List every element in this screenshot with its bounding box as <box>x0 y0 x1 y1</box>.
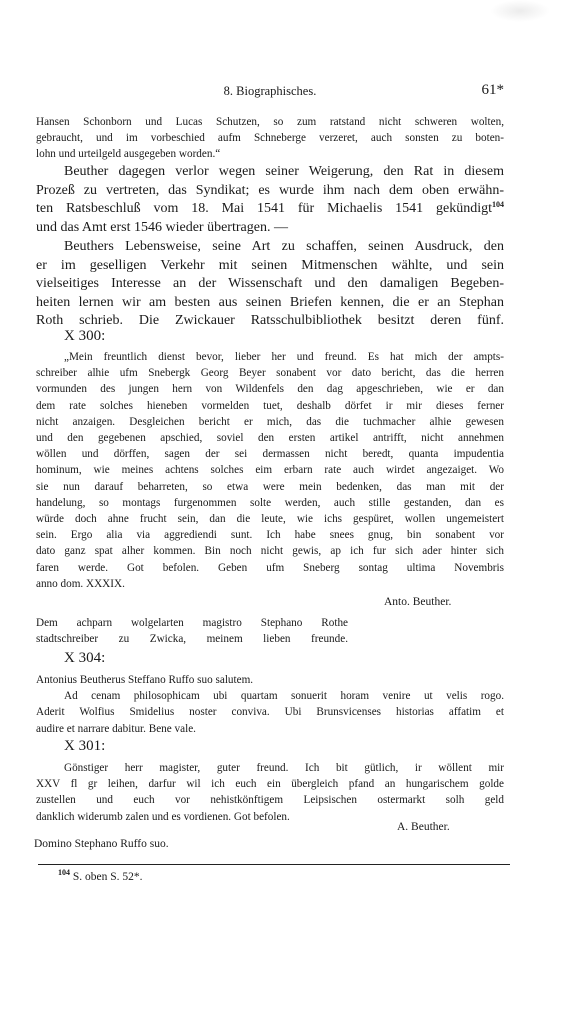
text-line: schreiber alhie ufm Snebergk Georg Beyer… <box>36 365 504 381</box>
text-line: handelung, so montags furgenommen solte … <box>36 495 504 511</box>
text-line: Gönstiger herr magister, guter freund. I… <box>36 760 504 776</box>
text-line: „Mein freuntlich dienst bevor, lieber he… <box>36 349 504 365</box>
text-line: vielseitiges Interesse an der Wissenscha… <box>36 275 504 294</box>
letter-x300-address: Dem achparn wolgelarten magistro Stephan… <box>36 615 348 647</box>
letter-x301-address: Domino Stephano Ruffo suo. <box>34 838 169 850</box>
letter-x304-body: Antonius Beutherus Steffano Ruffo suo sa… <box>36 672 504 737</box>
page-number: 61* <box>482 82 505 99</box>
running-head: 8. Biographisches. <box>36 84 504 99</box>
footnote: 104 S. oben S. 52*. <box>58 871 143 883</box>
text-line: stadtschreiber zu Zwicka, meinem lieben … <box>36 631 348 647</box>
text-line: würde doch ahne frucht sein, dan die leu… <box>36 511 504 527</box>
footnote-text: S. oben S. 52*. <box>73 871 143 883</box>
paragraph-beuther-syndikat: Beuther dagegen verlor wegen seiner Weig… <box>36 163 504 237</box>
letter-x300-signature: Anto. Beuther. <box>384 596 451 608</box>
text-fragment: ten Ratsbeschluß vom 18. Mai 1541 für Mi… <box>36 201 492 216</box>
document-page: 8. Biographisches. 61* Hansen Schonborn … <box>0 0 571 1024</box>
footnote-ref[interactable]: 104 <box>492 200 504 209</box>
letter-heading-x301: X 301: <box>36 738 105 755</box>
text-line: dem rate solches hieneben vormelden tuet… <box>36 398 504 414</box>
text-line: sie nun darauf beharreten, so etwa were … <box>36 479 504 495</box>
text-line-with-footnote: ten Ratsbeschluß vom 18. Mai 1541 für Mi… <box>36 200 504 219</box>
page-header: 8. Biographisches. 61* <box>36 84 504 100</box>
footnote-number: 104 <box>58 868 70 877</box>
text-line: Beuthers Lebensweise, seine Art zu schaf… <box>36 238 504 257</box>
text-line: heiten lernen wir am besten aus seinen B… <box>36 294 504 313</box>
text-line: Hansen Schonborn und Lucas Schutzen, so … <box>36 114 504 130</box>
text-line: Dem achparn wolgelarten magistro Stephan… <box>36 615 348 631</box>
text-line: Prozeß zu vertreten, das Syndikat; es wu… <box>36 182 504 201</box>
text-line: hominum, wie meines achtens solches eim … <box>36 462 504 478</box>
text-line: anno dom. XXXIX. <box>36 576 504 592</box>
text-line: Ad cenam philosophicam ubi quartam sonue… <box>36 688 504 704</box>
text-line: faren werde. Got befolen. Geben ufm Sneb… <box>36 560 504 576</box>
text-line: Aderit Wolfius Smidelius noster conviva.… <box>36 704 504 720</box>
text-line: Beuther dagegen verlor wegen seiner Weig… <box>36 163 504 182</box>
salutation: Antonius Beutherus Steffano Ruffo suo sa… <box>36 672 504 688</box>
text-line: Roth schrieb. Die Zwickauer Ratsschulbib… <box>36 312 504 331</box>
scan-smudge <box>490 0 550 22</box>
paragraph-lebensweise: Beuthers Lebensweise, seine Art zu schaf… <box>36 238 504 331</box>
text-line: er im geselligen Verkehr mit seinen Mitm… <box>36 257 504 276</box>
text-line: XXV fl gr leihen, darfur wil ich euch ei… <box>36 776 504 792</box>
footnote-divider <box>38 864 510 865</box>
text-line: und das Amt erst 1546 wieder übertragen.… <box>36 219 504 238</box>
letter-x301-body: Gönstiger herr magister, guter freund. I… <box>36 760 504 825</box>
letter-heading-x304: X 304: <box>36 650 105 667</box>
text-line: sein. Ergo alia via aggrediendi sunt. Ic… <box>36 527 504 543</box>
text-line: und den gegebenen apschied, soviel den e… <box>36 430 504 446</box>
text-line: audire et narrare dabitur. Bene vale. <box>36 721 504 737</box>
text-line: nicht anzaigen. Desgleichen bericht er m… <box>36 414 504 430</box>
letter-x300-body: „Mein freuntlich dienst bevor, lieber he… <box>36 349 504 592</box>
text-line: vormunden des jungen hern von Wildenfels… <box>36 381 504 397</box>
quote-continuation: Hansen Schonborn und Lucas Schutzen, so … <box>36 114 504 163</box>
text-line: wöllen und dörffen, sagen der sei dermas… <box>36 446 504 462</box>
text-line: zustellen und euch vor nehistkönftigem L… <box>36 792 504 808</box>
text-line: gebraucht, und im vorbeschied aufm Schne… <box>36 130 504 146</box>
letter-heading-x300: X 300: <box>36 328 105 345</box>
letter-x301-signature: A. Beuther. <box>397 821 450 833</box>
text-line: dato ganz spat alher kommen. Bin noch ni… <box>36 543 504 559</box>
text-line: lohn und urteilgeld ausgegeben worden.“ <box>36 146 504 162</box>
